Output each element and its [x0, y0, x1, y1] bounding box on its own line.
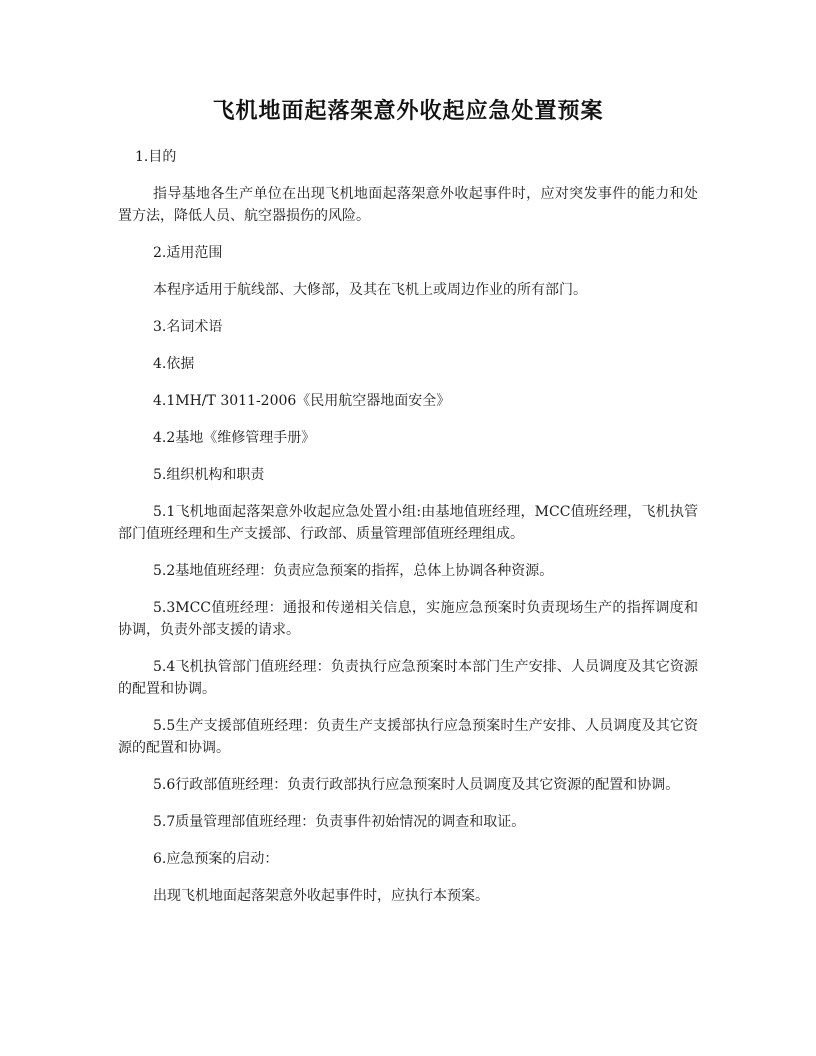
section-heading-terms: 3.名词术语: [118, 316, 698, 338]
paragraph-org-5-7: 5.7质量管理部值班经理：负责事件初始情况的调查和取证。: [118, 811, 698, 833]
section-heading-organization: 5.组织机构和职责: [118, 464, 698, 486]
paragraph-purpose: 指导基地各生产单位在出现飞机地面起落架意外收起事件时，应对突发事件的能力和处置方…: [118, 183, 698, 227]
section-heading-scope: 2.适用范围: [118, 242, 698, 264]
paragraph-activation: 出现飞机地面起落架意外收起事件时，应执行本预案。: [118, 885, 698, 907]
document-page: 飞机地面起落架意外收起应急处置预案 1.目的 指导基地各生产单位在出现飞机地面起…: [0, 0, 816, 1056]
paragraph-org-5-5: 5.5生产支援部值班经理：负责生产支援部执行应急预案时生产安排、人员调度及其它资…: [118, 715, 698, 759]
paragraph-org-5-2: 5.2基地值班经理：负责应急预案的指挥，总体上协调各种资源。: [118, 560, 698, 582]
paragraph-org-5-3: 5.3MCC值班经理：通报和传递相关信息，实施应急预案时负责现场生产的指挥调度和…: [118, 597, 698, 641]
section-heading-activation: 6.应急预案的启动：: [118, 848, 698, 870]
paragraph-org-5-6: 5.6行政部值班经理：负责行政部执行应急预案时人员调度及其它资源的配置和协调。: [118, 774, 698, 796]
paragraph-basis-4-1: 4.1MH/T 3011-2006《民用航空器地面安全》: [118, 390, 698, 412]
section-heading-basis: 4.依据: [118, 353, 698, 375]
paragraph-basis-4-2: 4.2基地《维修管理手册》: [118, 427, 698, 449]
paragraph-org-5-4: 5.4飞机执管部门值班经理：负责执行应急预案时本部门生产安排、人员调度及其它资源…: [118, 656, 698, 700]
paragraph-org-5-1: 5.1飞机地面起落架意外收起应急处置小组:由基地值班经理，MCC值班经理，飞机执…: [118, 501, 698, 545]
paragraph-scope: 本程序适用于航线部、大修部，及其在飞机上或周边作业的所有部门。: [118, 279, 698, 301]
section-heading-purpose: 1.目的: [118, 146, 698, 168]
document-title: 飞机地面起落架意外收起应急处置预案: [0, 96, 816, 126]
document-body: 1.目的 指导基地各生产单位在出现飞机地面起落架意外收起事件时，应对突发事件的能…: [118, 146, 698, 922]
